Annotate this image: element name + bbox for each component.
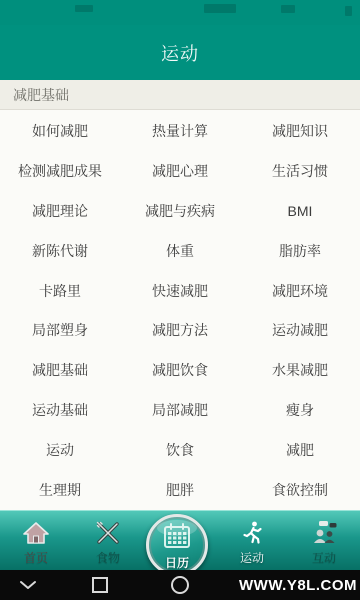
android-nav-bar: WWW.Y8L.COM: [0, 570, 360, 600]
tab-home-label: 首页: [24, 549, 48, 566]
section-title: 减肥基础: [13, 85, 69, 105]
grid-item[interactable]: 生活习惯: [240, 151, 360, 191]
grid-item[interactable]: 瘦身: [240, 390, 360, 430]
tab-sports[interactable]: 运动: [216, 511, 288, 571]
grid-item[interactable]: 局部减肥: [120, 390, 240, 430]
grid-item[interactable]: 减肥理论: [0, 191, 120, 231]
grid-item[interactable]: 脂肪率: [240, 231, 360, 271]
people-chat-icon: [310, 519, 338, 547]
grid-item[interactable]: 生理期: [0, 470, 120, 510]
grid-item[interactable]: 减肥与疾病: [120, 191, 240, 231]
recents-button[interactable]: [84, 570, 116, 600]
grid-item[interactable]: 减肥方法: [120, 310, 240, 350]
signal-icon: [281, 5, 295, 13]
tab-home[interactable]: 首页: [0, 511, 72, 571]
grid-item[interactable]: 食欲控制: [240, 470, 360, 510]
tab-food-label: 食物: [96, 549, 120, 566]
category-grid: 如何减肥热量计算减肥知识检测减肥成果减肥心理生活习惯减肥理论减肥与疾病BMI新陈…: [0, 111, 360, 510]
tab-calendar-button[interactable]: 日历: [146, 514, 208, 576]
section-header: 减肥基础: [0, 80, 360, 110]
grid-item[interactable]: 运动: [0, 430, 120, 470]
grid-item[interactable]: 局部塑身: [0, 310, 120, 350]
grid-item[interactable]: 水果减肥: [240, 350, 360, 390]
grid-item[interactable]: BMI: [240, 191, 360, 231]
grid-item[interactable]: 运动基础: [0, 390, 120, 430]
tab-food[interactable]: 食物: [72, 511, 144, 571]
grid-item[interactable]: 减肥: [240, 430, 360, 470]
grid-item[interactable]: 减肥环境: [240, 271, 360, 311]
fork-knife-icon: [94, 519, 122, 547]
tab-calendar-label: 日历: [165, 554, 189, 571]
watermark-text: WWW.Y8L.COM: [239, 570, 357, 600]
app-header: 运动: [0, 25, 360, 80]
grid-item[interactable]: 肥胖: [120, 470, 240, 510]
grid-item[interactable]: 减肥心理: [120, 151, 240, 191]
app-screen: 运动 减肥基础 如何减肥热量计算减肥知识检测减肥成果减肥心理生活习惯减肥理论减肥…: [0, 0, 360, 600]
home-button[interactable]: [164, 570, 196, 600]
hide-nav-button[interactable]: [12, 570, 44, 600]
tab-sports-label: 运动: [240, 549, 264, 566]
grid-item[interactable]: 如何减肥: [0, 111, 120, 151]
status-bar: [0, 0, 360, 25]
grid-item[interactable]: 饮食: [120, 430, 240, 470]
grid-item[interactable]: 减肥知识: [240, 111, 360, 151]
grid-item[interactable]: 减肥基础: [0, 350, 120, 390]
runner-icon: [240, 519, 264, 547]
page-title: 运动: [161, 40, 199, 66]
tab-social[interactable]: 互动: [288, 511, 360, 571]
notification-icon: [75, 5, 93, 12]
grid-item[interactable]: 检测减肥成果: [0, 151, 120, 191]
battery-icon: [345, 6, 352, 16]
grid-item[interactable]: 卡路里: [0, 271, 120, 311]
grid-item[interactable]: 热量计算: [120, 111, 240, 151]
grid-item[interactable]: 体重: [120, 231, 240, 271]
grid-item[interactable]: 减肥饮食: [120, 350, 240, 390]
status-icons: [204, 4, 236, 13]
grid-item[interactable]: 新陈代谢: [0, 231, 120, 271]
home-icon: [23, 519, 49, 547]
grid-item[interactable]: 运动减肥: [240, 310, 360, 350]
tab-social-label: 互动: [312, 549, 336, 566]
calendar-icon: [162, 523, 192, 554]
grid-item[interactable]: 快速减肥: [120, 271, 240, 311]
